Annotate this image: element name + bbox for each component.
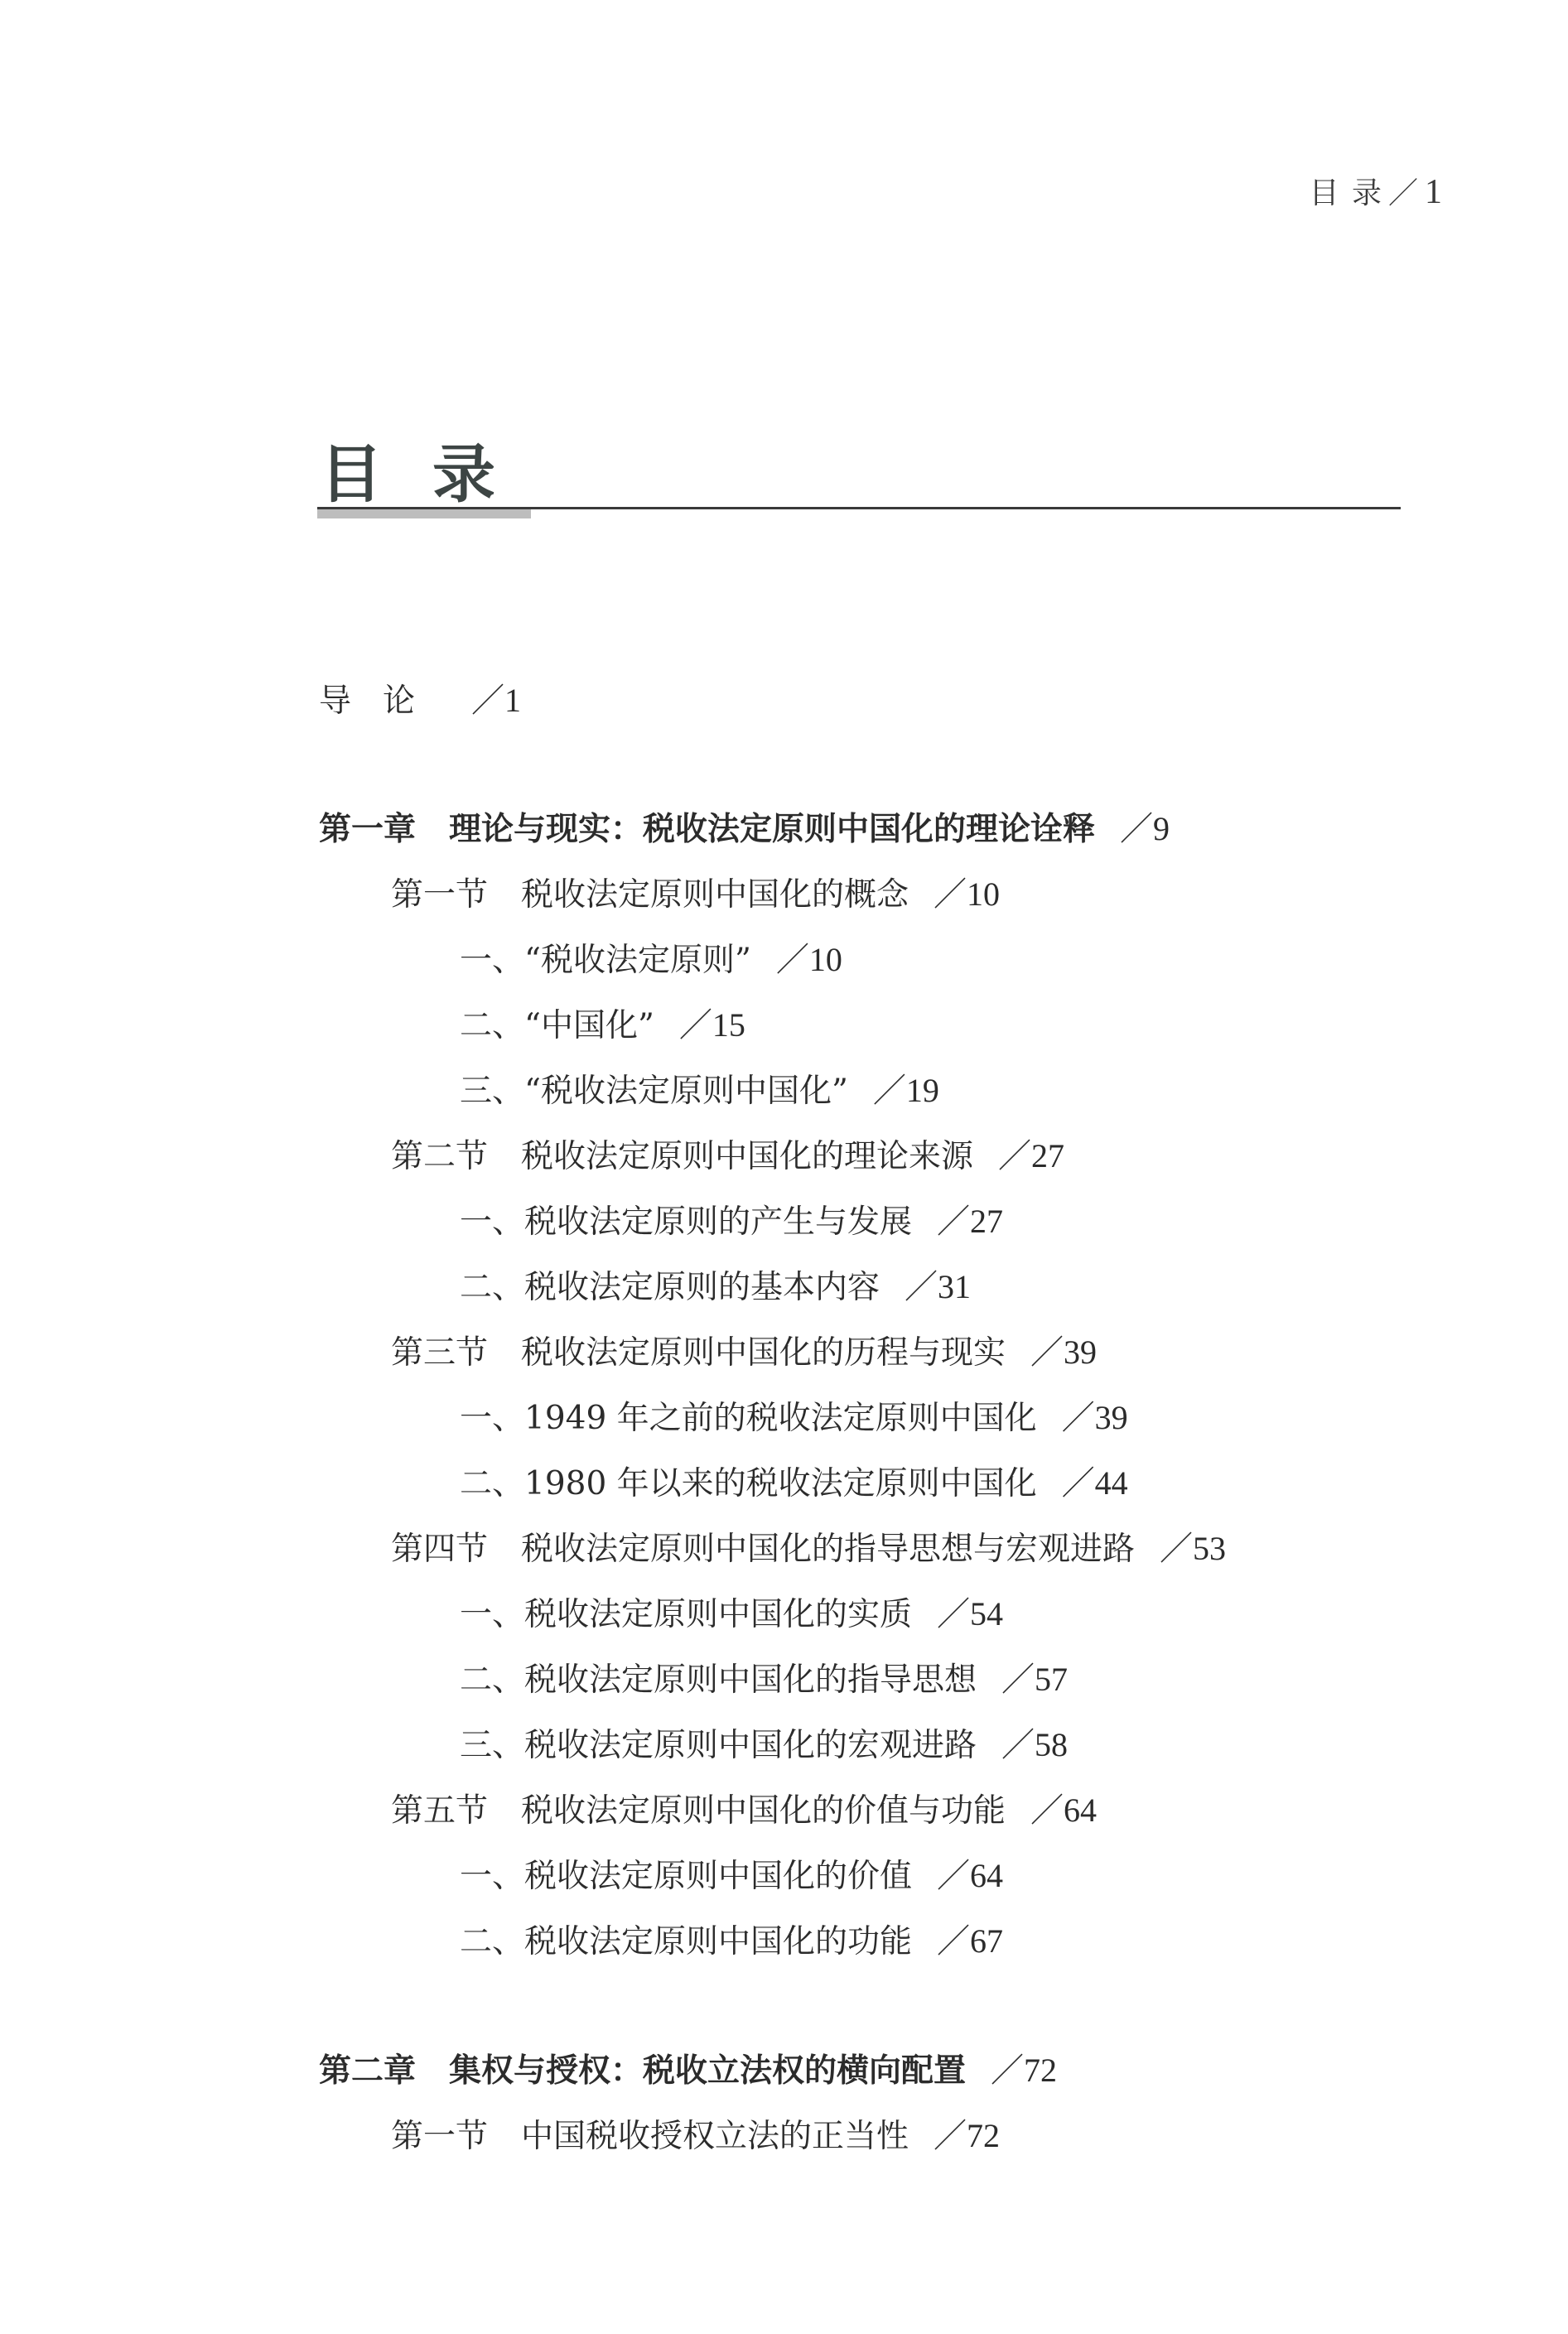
toc-entry-title: 理论与现实：税收法定原则中国化的理论诠释 bbox=[449, 811, 1095, 848]
toc-entry-title: 中国税收授权立法的正当性 bbox=[521, 2118, 909, 2155]
toc-entry-title: 一、税收法定原则中国化的价值 bbox=[460, 1858, 912, 1895]
toc-entry-page: ／54 bbox=[937, 1595, 1003, 1632]
toc-entry-item: 二、税收法定原则的基本内容／31 bbox=[460, 1267, 971, 1308]
toc-entry-page: ／39 bbox=[1030, 1333, 1097, 1371]
toc-entry-item: 三、“税收法定原则中国化”／19 bbox=[460, 1071, 939, 1112]
toc-entry-item: 二、税收法定原则中国化的功能／67 bbox=[460, 1922, 1003, 1962]
running-head: 目 录／1 bbox=[1310, 170, 1444, 212]
toc-entry-title: 集权与授权：税收立法权的横向配置 bbox=[449, 2052, 966, 2090]
toc-entry-title: 一、税收法定原则中国化的实质 bbox=[460, 1596, 912, 1633]
toc-entry-number: 第二节 bbox=[391, 1138, 488, 1175]
toc-entry-page: ／57 bbox=[1001, 1661, 1068, 1698]
toc-entry-section: 第三节税收法定原则中国化的历程与现实／39 bbox=[391, 1333, 1097, 1373]
toc-entry-number: 第一章 bbox=[319, 811, 416, 848]
toc-entry-number: 第三节 bbox=[391, 1334, 488, 1372]
toc-entry-title: 三、税收法定原则中国化的宏观进路 bbox=[460, 1727, 977, 1764]
toc-entry-page: ／9 bbox=[1120, 810, 1170, 847]
title-accent-bar bbox=[317, 509, 531, 518]
toc-entry-chapter: 第一章理论与现实：税收法定原则中国化的理论诠释／9 bbox=[319, 809, 1170, 850]
toc-entry-page: ／72 bbox=[934, 2117, 1000, 2154]
toc-entry-title: 一、1949 年之前的税收法定原则中国化 bbox=[460, 1400, 1037, 1437]
toc-entry-page: ／10 bbox=[776, 941, 842, 978]
toc-entry-page: ／31 bbox=[905, 1268, 971, 1305]
toc-entry-section: 第二节税收法定原则中国化的理论来源／27 bbox=[391, 1136, 1064, 1177]
toc-entry-section: 第四节税收法定原则中国化的指导思想与宏观进路／53 bbox=[391, 1529, 1226, 1570]
toc-entry-item: 三、税收法定原则中国化的宏观进路／58 bbox=[460, 1725, 1068, 1766]
toc-entry-title: 税收法定原则中国化的指导思想与宏观进路 bbox=[521, 1531, 1135, 1568]
toc-entry-page: ／72 bbox=[991, 2052, 1057, 2089]
running-head-label: 目 录 bbox=[1310, 176, 1383, 210]
toc-entry-title: 税收法定原则中国化的价值与功能 bbox=[521, 1792, 1006, 1830]
toc-entry-title: 税收法定原则中国化的概念 bbox=[521, 876, 909, 914]
toc-entry-chapter: 第二章集权与授权：税收立法权的横向配置／72 bbox=[319, 2051, 1057, 2091]
toc-entry-page: ／19 bbox=[873, 1072, 939, 1109]
toc-entry-page: ／64 bbox=[1030, 1791, 1097, 1829]
running-head-page-number: 1 bbox=[1425, 173, 1444, 211]
toc-entry-title: 二、“中国化” bbox=[460, 1007, 654, 1044]
toc-entry-page: ／67 bbox=[937, 1922, 1003, 1960]
toc-entry-number: 第五节 bbox=[391, 1792, 488, 1830]
toc-entry-title: 二、税收法定原则中国化的指导思想 bbox=[460, 1661, 977, 1699]
toc-entry-section: 第一节中国税收授权立法的正当性／72 bbox=[391, 2116, 1000, 2157]
page-title: 目录 bbox=[320, 424, 545, 514]
toc-entry-section: 第一节税收法定原则中国化的概念／10 bbox=[391, 875, 1000, 915]
toc-entry-item: 二、“中国化”／15 bbox=[460, 1005, 745, 1046]
toc-entry-title: 二、税收法定原则的基本内容 bbox=[460, 1269, 880, 1306]
toc-entry-number: 第一节 bbox=[391, 2118, 488, 2155]
toc-entry-title: 导论 bbox=[319, 682, 446, 720]
toc-entry-item: 一、税收法定原则的产生与发展／27 bbox=[460, 1202, 1003, 1242]
toc-entry-title: 一、“税收法定原则” bbox=[460, 942, 751, 979]
toc-entry-page: ／27 bbox=[998, 1137, 1064, 1174]
toc-entry-number: 第二章 bbox=[319, 2052, 416, 2090]
toc-entry-page: ／39 bbox=[1062, 1399, 1128, 1436]
toc-entry-item: 一、税收法定原则中国化的实质／54 bbox=[460, 1594, 1003, 1635]
toc-entry-item: 一、税收法定原则中国化的价值／64 bbox=[460, 1856, 1003, 1897]
toc-entry-section: 第五节税收法定原则中国化的价值与功能／64 bbox=[391, 1791, 1097, 1831]
toc-entry-page: ／64 bbox=[937, 1857, 1003, 1894]
toc-entry-page: ／58 bbox=[1001, 1726, 1068, 1763]
running-head-separator: ／ bbox=[1388, 176, 1420, 210]
toc-entry-page: ／27 bbox=[937, 1203, 1003, 1240]
toc-entry-title: 一、税收法定原则的产生与发展 bbox=[460, 1203, 912, 1241]
toc-entry-intro: 导论／1 bbox=[319, 681, 521, 721]
toc-entry-title: 三、“税收法定原则中国化” bbox=[460, 1073, 848, 1110]
toc-entry-page: ／15 bbox=[679, 1006, 745, 1044]
toc-entry-page: ／44 bbox=[1062, 1464, 1128, 1502]
toc-entry-number: 第四节 bbox=[391, 1531, 488, 1568]
toc-entry-title: 税收法定原则中国化的历程与现实 bbox=[521, 1334, 1006, 1372]
toc-entry-title: 二、税收法定原则中国化的功能 bbox=[460, 1923, 912, 1960]
toc-entry-page: ／53 bbox=[1160, 1530, 1226, 1567]
toc-entry-item: 一、1949 年之前的税收法定原则中国化／39 bbox=[460, 1398, 1128, 1439]
toc-entry-number: 第一节 bbox=[391, 876, 488, 914]
toc-entry-page: ／1 bbox=[471, 682, 521, 719]
toc-entry-page: ／10 bbox=[934, 875, 1000, 913]
toc-entry-title: 二、1980 年以来的税收法定原则中国化 bbox=[460, 1465, 1037, 1502]
toc-entry-item: 二、1980 年以来的税收法定原则中国化／44 bbox=[460, 1464, 1128, 1504]
toc-entry-title: 税收法定原则中国化的理论来源 bbox=[521, 1138, 973, 1175]
toc-entry-item: 二、税收法定原则中国化的指导思想／57 bbox=[460, 1660, 1068, 1700]
toc-entry-item: 一、“税收法定原则”／10 bbox=[460, 940, 842, 981]
